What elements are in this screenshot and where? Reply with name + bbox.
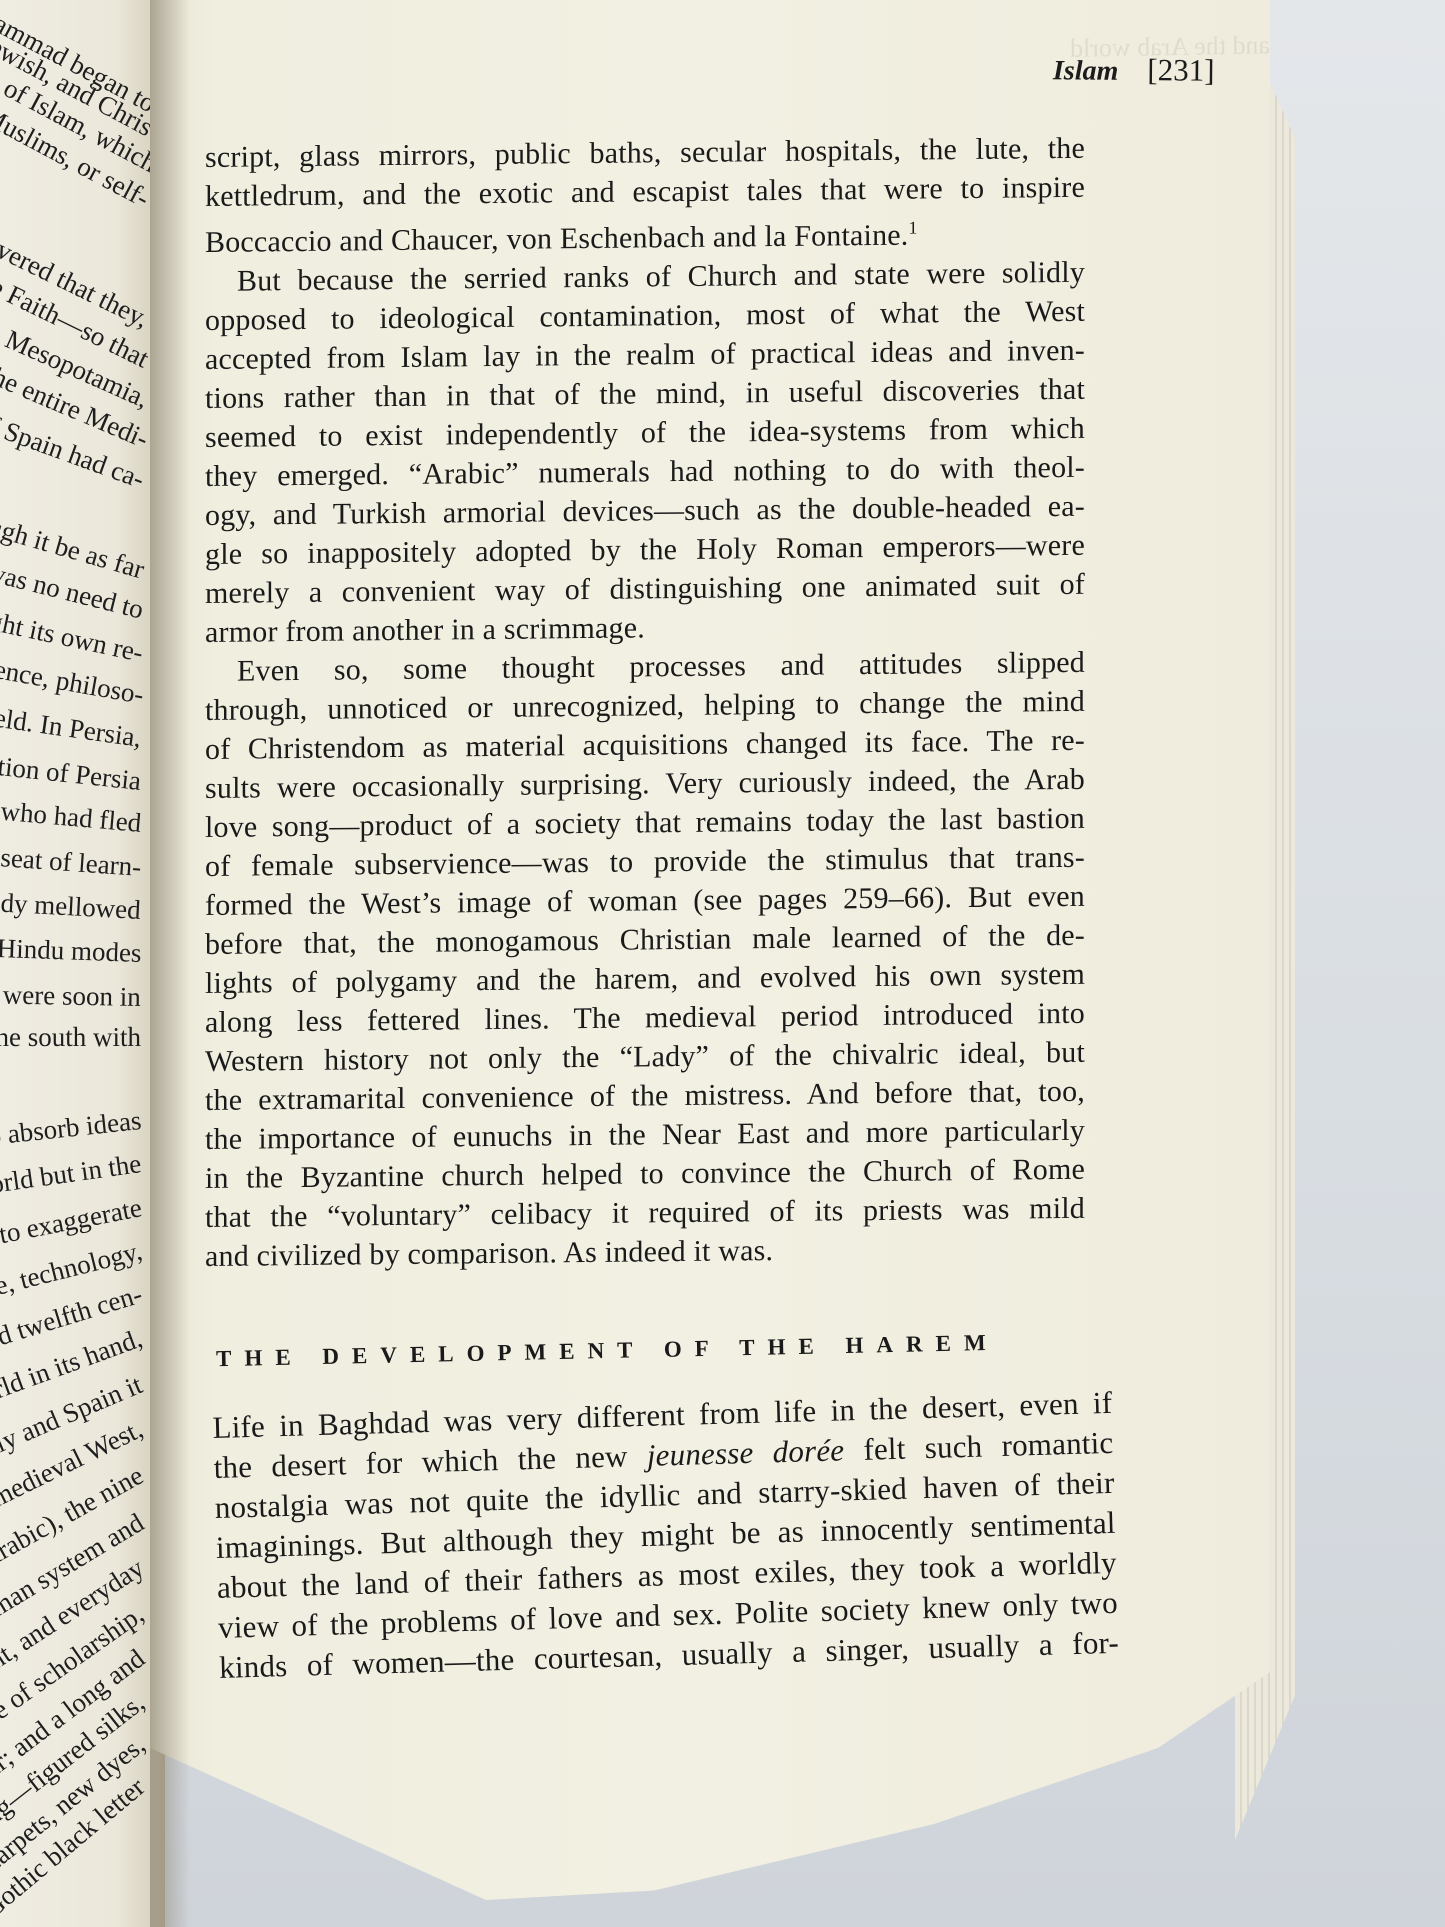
text-segment: felt such romantic [863, 1425, 1114, 1467]
left-page-fragment: radition of Persia [0, 747, 143, 797]
running-head-title: Islam [1053, 55, 1119, 87]
left-page-fragment: ors were soon in [0, 979, 141, 1013]
book-spine-shadow [150, 0, 190, 1927]
left-page-fragment: bly to absorb ideas [0, 1105, 143, 1157]
left-page-fragment: ipal seat of learn- [0, 839, 142, 883]
left-page: ammad began to ewish, and Chris- of Isla… [0, 0, 165, 1927]
left-page-fragment: already mellowed [0, 885, 142, 926]
text-line: and civilized by comparison. As indeed i… [205, 1228, 1085, 1276]
left-page-fragment: to the south with [0, 1022, 141, 1053]
italic-phrase: jeunesse dorée [646, 1432, 844, 1472]
section-heading: THE DEVELOPMENT OF THE HAREM [216, 1330, 999, 1372]
body-text: script, glass mirrors, public baths, sec… [205, 129, 1085, 1276]
right-page: until the Middle Ages, and the Arab worl… [150, 0, 1270, 1900]
page-number: [231] [1148, 52, 1215, 88]
text-line-content: Boccaccio and Chaucer, von Eschenbach an… [205, 219, 909, 259]
footnote-marker[interactable]: 1 [909, 218, 918, 238]
left-page-fragment: tics who had fled [0, 792, 142, 839]
section-body-text: Life in Baghdad was very different from … [212, 1383, 1119, 1688]
left-page-fragment: ven Hindu modes [0, 931, 142, 969]
running-head: Islam [231] [1053, 51, 1215, 88]
